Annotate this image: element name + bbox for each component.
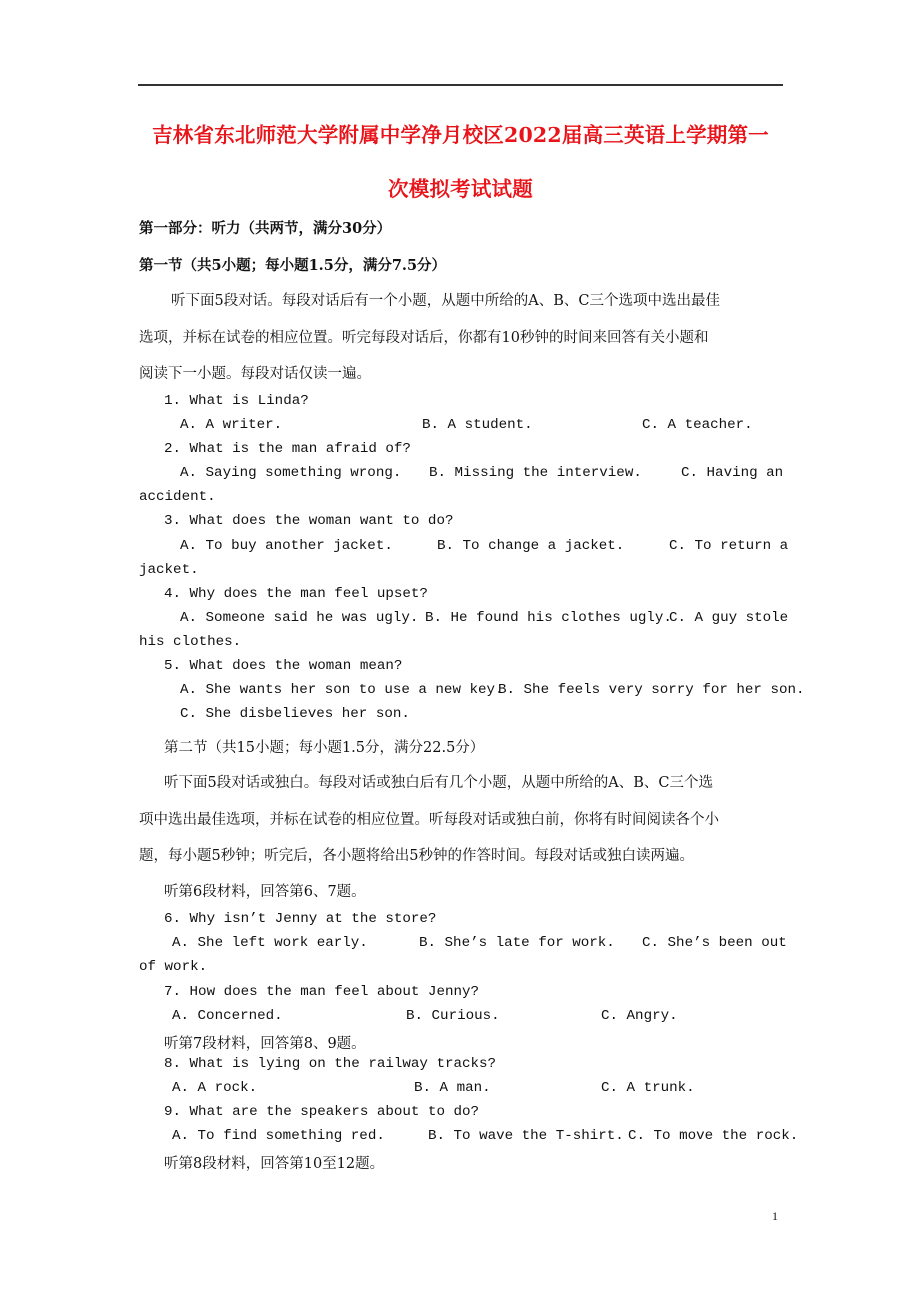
option-a: A. She wants her son to use a new key.	[180, 682, 504, 698]
question-3: 3. What does the woman want to do?	[164, 513, 453, 529]
option-c-wrap: accident.	[139, 489, 216, 505]
option-b: B. She feels very sorry for her son.	[498, 682, 805, 698]
option-b: B. A student.	[422, 417, 533, 433]
question-8: 8. What is lying on the railway tracks?	[164, 1056, 496, 1072]
option-b: B. A man.	[414, 1080, 491, 1096]
material-7-note: 听第7段材料，回答第8、9题。	[164, 1032, 366, 1053]
question-6: 6. Why isn’t Jenny at the store?	[164, 911, 436, 927]
option-b: B. Curious.	[406, 1008, 500, 1024]
section2-instructions-line: 项中选出最佳选项，并标在试卷的相应位置。听每段对话或独白前，你将有时间阅读各个小	[139, 808, 719, 829]
section2-heading: 第二节（共15小题；每小题1.5分，满分22.5分）	[164, 736, 484, 757]
option-c: C. Having an	[681, 465, 783, 481]
option-c: C. To return a	[669, 538, 788, 554]
option-c: C. A guy stole	[669, 610, 788, 626]
header-rule	[138, 84, 783, 86]
option-c: C. To move the rock.	[628, 1128, 798, 1144]
section2-instructions-line: 题，每小题5秒钟；听完后，各小题将给出5秒钟的作答时间。每段对话或独白读两遍。	[139, 844, 694, 865]
option-c: C. Angry.	[601, 1008, 678, 1024]
section1-heading: 第一节（共5小题；每小题1.5分，满分7.5分）	[139, 254, 446, 275]
option-c: C. A trunk.	[601, 1080, 695, 1096]
section1-instructions-line: 选项，并标在试卷的相应位置。听完每段对话后，你都有10秒钟的时间来回答有关小题和	[139, 326, 708, 347]
option-b: B. She’s late for work.	[419, 935, 615, 951]
option-a: A. A rock.	[172, 1080, 257, 1096]
option-c: C. She’s been out	[642, 935, 787, 951]
option-b: B. To wave the T-shirt.	[428, 1128, 624, 1144]
question-9: 9. What are the speakers about to do?	[164, 1104, 479, 1120]
question-1: 1. What is Linda?	[164, 393, 309, 409]
section2-instructions-line: 听下面5段对话或独白。每段对话或独白后有几个小题，从题中所给的A、B、C三个选	[164, 771, 713, 792]
option-b: B. To change a jacket.	[437, 538, 624, 554]
option-a: A. Someone said he was ugly.	[180, 610, 418, 626]
question-5: 5. What does the woman mean?	[164, 658, 402, 674]
option-b: B. Missing the interview.	[429, 465, 642, 481]
document-title-line-2: 次模拟考试试题	[138, 172, 783, 202]
option-c-wrap: his clothes.	[139, 634, 241, 650]
option-c-wrap: jacket.	[139, 562, 199, 578]
option-a: A. To buy another jacket.	[180, 538, 393, 554]
section1-instructions-line: 听下面5段对话。每段对话后有一个小题，从题中所给的A、B、C三个选项中选出最佳	[171, 289, 720, 310]
option-a: A. To find something red.	[172, 1128, 385, 1144]
document-title-line-1: 吉林省东北师范大学附属中学净月校区2022届高三英语上学期第一	[138, 118, 783, 148]
page-number: 1	[772, 1209, 778, 1224]
material-8-note: 听第8段材料，回答第10至12题。	[164, 1152, 384, 1173]
section1-instructions-line: 阅读下一小题。每段对话仅读一遍。	[139, 362, 371, 383]
part1-heading: 第一部分：听力（共两节，满分30分）	[139, 217, 391, 238]
question-4: 4. Why does the man feel upset?	[164, 586, 428, 602]
question-7: 7. How does the man feel about Jenny?	[164, 984, 479, 1000]
option-a: A. Saying something wrong.	[180, 465, 401, 481]
option-c: C. A teacher.	[642, 417, 753, 433]
option-b: B. He found his clothes ugly.	[425, 610, 672, 626]
material-6-note: 听第6段材料，回答第6、7题。	[164, 880, 366, 901]
option-a: A. A writer.	[180, 417, 282, 433]
option-a: A. She left work early.	[172, 935, 368, 951]
question-2: 2. What is the man afraid of?	[164, 441, 411, 457]
option-c: C. She disbelieves her son.	[180, 706, 410, 722]
option-a: A. Concerned.	[172, 1008, 283, 1024]
option-c-wrap: of work.	[139, 959, 207, 975]
